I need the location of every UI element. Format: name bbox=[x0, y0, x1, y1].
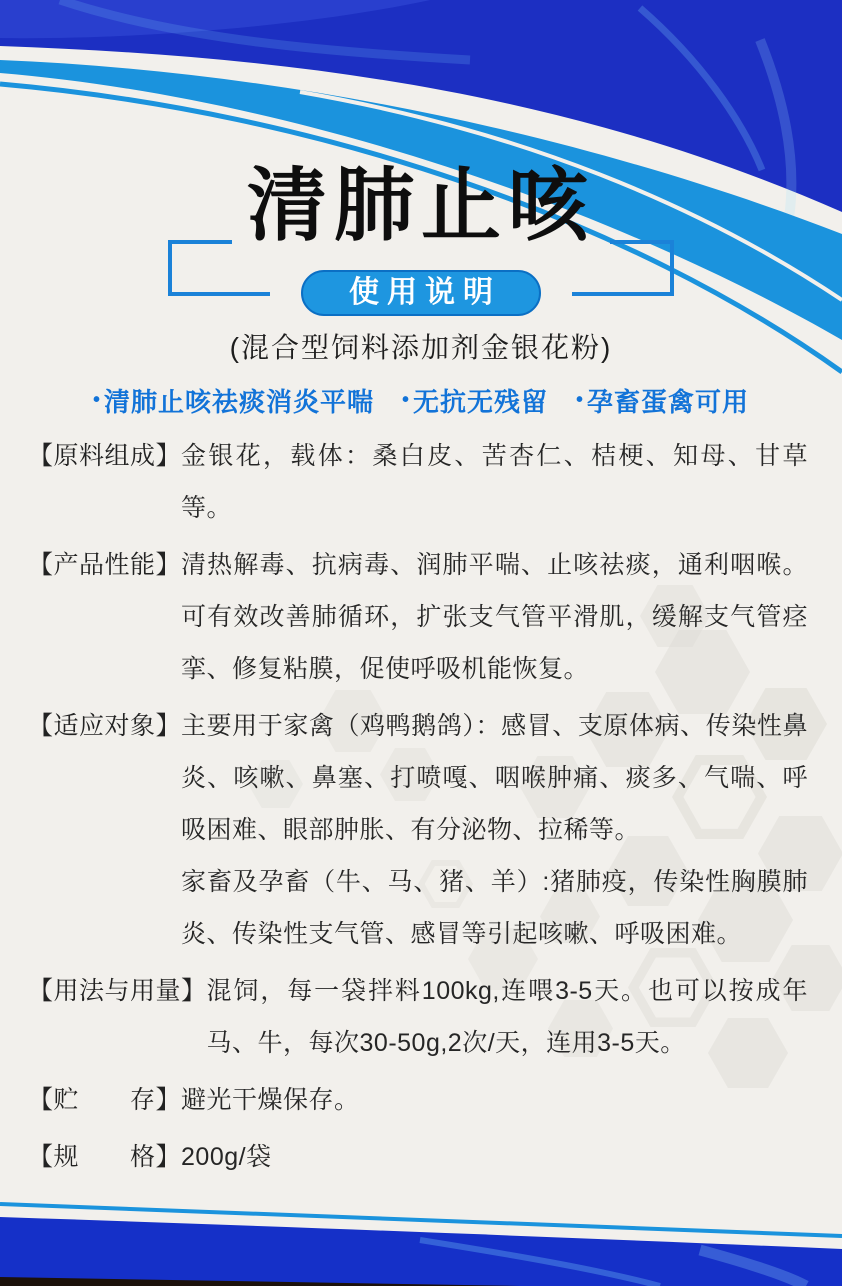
section-storage: 【贮 存】 避光干燥保存。 bbox=[28, 1074, 808, 1126]
highlight-item: • 孕畜蛋禽可用 bbox=[576, 382, 749, 419]
section-paragraph: 200g/袋 bbox=[181, 1131, 808, 1183]
section-paragraph: 家畜及孕畜（牛、马、猪、羊）:猪肺疫，传染性胸膜肺炎、传染性支气管、感冒等引起咳… bbox=[181, 856, 808, 960]
section-body: 避光干燥保存。 bbox=[181, 1074, 808, 1126]
product-subtitle: (混合型饲料添加剂金银花粉) bbox=[0, 326, 842, 366]
section-paragraph: 混饲，每一袋拌料100kg,连喂3-5天。也可以按成年马、牛，每次30-50g,… bbox=[207, 965, 808, 1069]
section-body: 200g/袋 bbox=[181, 1131, 808, 1183]
instruction-sections: 【原料组成】 金银花，载体：桑白皮、苦杏仁、桔梗、知母、甘草等。 【产品性能】 … bbox=[28, 430, 808, 1188]
section-paragraph: 清热解毒、抗病毒、润肺平喘、止咳祛痰，通利咽喉。可有效改善肺循环，扩张支气管平滑… bbox=[181, 539, 808, 695]
usage-instructions-badge: 使用说明 bbox=[301, 270, 541, 316]
bullet-dot-icon: • bbox=[93, 389, 101, 412]
section-paragraph: 金银花，载体：桑白皮、苦杏仁、桔梗、知母、甘草等。 bbox=[181, 430, 808, 534]
section-ingredients: 【原料组成】 金银花，载体：桑白皮、苦杏仁、桔梗、知母、甘草等。 bbox=[28, 430, 808, 534]
left-bracket-decoration bbox=[168, 240, 232, 294]
product-title: 清肺止咳 bbox=[0, 156, 842, 256]
section-label: 【贮 存】 bbox=[28, 1074, 181, 1126]
section-body: 清热解毒、抗病毒、润肺平喘、止咳祛痰，通利咽喉。可有效改善肺循环，扩张支气管平滑… bbox=[181, 539, 808, 695]
section-specification: 【规 格】 200g/袋 bbox=[28, 1131, 808, 1183]
section-body: 主要用于家禽（鸡鸭鹅鸽）：感冒、支原体病、传染性鼻炎、咳嗽、鼻塞、打喷嘎、咽喉肿… bbox=[181, 700, 808, 960]
section-label: 【产品性能】 bbox=[28, 539, 181, 695]
highlight-text: 清肺止咳祛痰消炎平喘 bbox=[104, 382, 374, 419]
highlight-item: • 无抗无残留 bbox=[402, 382, 548, 419]
product-label-photo: 清肺止咳 使用说明 (混合型饲料添加剂金银花粉) • 清肺止咳祛痰消炎平喘 • … bbox=[0, 0, 842, 1286]
section-body: 混饲，每一袋拌料100kg,连喂3-5天。也可以按成年马、牛，每次30-50g,… bbox=[207, 965, 808, 1069]
section-target-animals: 【适应对象】 主要用于家禽（鸡鸭鹅鸽）：感冒、支原体病、传染性鼻炎、咳嗽、鼻塞、… bbox=[28, 700, 808, 960]
left-bracket-arm bbox=[168, 292, 270, 296]
bullet-dot-icon: • bbox=[402, 389, 410, 412]
section-label: 【规 格】 bbox=[28, 1131, 181, 1183]
bullet-dot-icon: • bbox=[576, 389, 584, 412]
section-body: 金银花，载体：桑白皮、苦杏仁、桔梗、知母、甘草等。 bbox=[181, 430, 808, 534]
section-label: 【用法与用量】 bbox=[28, 965, 207, 1069]
section-dosage: 【用法与用量】 混饲，每一袋拌料100kg,连喂3-5天。也可以按成年马、牛，每… bbox=[28, 965, 808, 1069]
highlight-text: 孕畜蛋禽可用 bbox=[587, 382, 749, 419]
right-bracket-decoration bbox=[610, 240, 674, 294]
highlights-row: • 清肺止咳祛痰消炎平喘 • 无抗无残留 • 孕畜蛋禽可用 bbox=[0, 382, 842, 419]
section-label: 【原料组成】 bbox=[28, 430, 181, 534]
section-performance: 【产品性能】 清热解毒、抗病毒、润肺平喘、止咳祛痰，通利咽喉。可有效改善肺循环，… bbox=[28, 539, 808, 695]
right-bracket-arm bbox=[572, 292, 674, 296]
section-paragraph: 避光干燥保存。 bbox=[181, 1074, 808, 1126]
section-label: 【适应对象】 bbox=[28, 700, 181, 960]
highlight-text: 无抗无残留 bbox=[413, 382, 548, 419]
section-paragraph: 主要用于家禽（鸡鸭鹅鸽）：感冒、支原体病、传染性鼻炎、咳嗽、鼻塞、打喷嘎、咽喉肿… bbox=[181, 700, 808, 856]
highlight-item: • 清肺止咳祛痰消炎平喘 bbox=[93, 382, 374, 419]
